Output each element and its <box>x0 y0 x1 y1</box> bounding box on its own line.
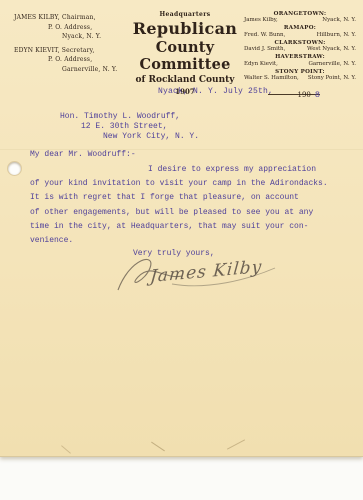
printed-year: 190 <box>298 91 311 99</box>
masthead-title-line2: County Committee <box>122 39 248 73</box>
masthead-subtitle: of Rockland County <box>122 75 248 85</box>
officer-name-title: JAMES KILBY, Chairman, <box>14 13 134 23</box>
member-entry: ORANGETOWN: James Kilby, Nyack, N. Y. <box>244 12 356 24</box>
member-city: Nyack, N. Y. <box>322 18 356 24</box>
member-name: Edyn Kievit, <box>244 62 278 68</box>
member-name: Fred. W. Bunn, <box>244 33 285 39</box>
member-entry: HAVERSTRAW: Edyn Kievit, Garnerville, N.… <box>244 55 356 67</box>
member-name: David J. Smith, <box>244 47 285 53</box>
officer-city: Nyack, N. Y. <box>14 32 134 42</box>
body-line: I desire to express my appreciation <box>30 163 342 177</box>
letter-paper: JAMES KILBY, Chairman, P. O. Address, Ny… <box>0 0 363 457</box>
signature: James Kilby <box>112 250 282 298</box>
member-entry: RAMAPO: Fred. W. Bunn, Hillburn, N. Y. <box>244 26 356 38</box>
letter-body: I desire to express my appreciation of y… <box>30 163 342 248</box>
member-name: James Kilby, <box>244 18 278 24</box>
typed-year-digit: 8 <box>315 90 320 100</box>
body-line: It is with regret that I forge that plea… <box>30 191 342 205</box>
officer-address-label: P. O. Address, <box>14 55 134 65</box>
hole-punch <box>8 162 21 175</box>
letterhead-masthead: Headquarters Republican County Committee… <box>122 11 248 96</box>
body-line: time in the city, at Headquarters, that … <box>30 220 342 234</box>
officer-chairman: JAMES KILBY, Chairman, P. O. Address, Ny… <box>14 13 134 42</box>
recipient-line-2: 12 E. 30th Street, <box>81 122 167 131</box>
letterhead-officers: JAMES KILBY, Chairman, P. O. Address, Ny… <box>14 13 134 78</box>
officer-city: Garnerville, N. Y. <box>14 65 134 75</box>
recipient-line-3: New York City, N. Y. <box>103 132 199 141</box>
body-line: of other engagements, but will be please… <box>30 206 342 220</box>
officer-address-label: P. O. Address, <box>14 23 134 33</box>
masthead-title-line1: Republican <box>122 19 248 38</box>
scanned-letter: JAMES KILBY, Chairman, P. O. Address, Ny… <box>0 0 363 500</box>
member-city: Hillburn, N. Y. <box>317 33 356 39</box>
year-blank: 1908 <box>268 82 320 95</box>
salutation: My dear Mr. Woodruff:- <box>30 150 136 159</box>
member-city: Garnerville, N. Y. <box>309 62 357 68</box>
paper-crease <box>61 445 71 453</box>
body-line: venience. <box>30 234 342 248</box>
member-entry: STONY POINT: Walter S. Hamilton, Stony P… <box>244 70 356 82</box>
paper-crease <box>227 439 245 449</box>
masthead-headquarters: Headquarters <box>122 11 248 18</box>
member-entry: CLARKSTOWN: David J. Smith, West Nyack, … <box>244 41 356 53</box>
officer-name-title: EDYN KIEVIT, Secretary, <box>14 46 134 56</box>
body-line: of your kind invitation to visit your ca… <box>30 177 342 191</box>
letterhead-members: ORANGETOWN: James Kilby, Nyack, N. Y. RA… <box>244 12 356 84</box>
recipient-line-1: Hon. Timothy L. Woodruff, <box>60 112 180 121</box>
member-city: West Nyack, N. Y. <box>307 47 356 53</box>
officer-secretary: EDYN KIEVIT, Secretary, P. O. Address, G… <box>14 46 134 75</box>
date-line: Nyack, N. Y. July 25th, <box>158 87 273 96</box>
paper-crease <box>151 442 165 452</box>
